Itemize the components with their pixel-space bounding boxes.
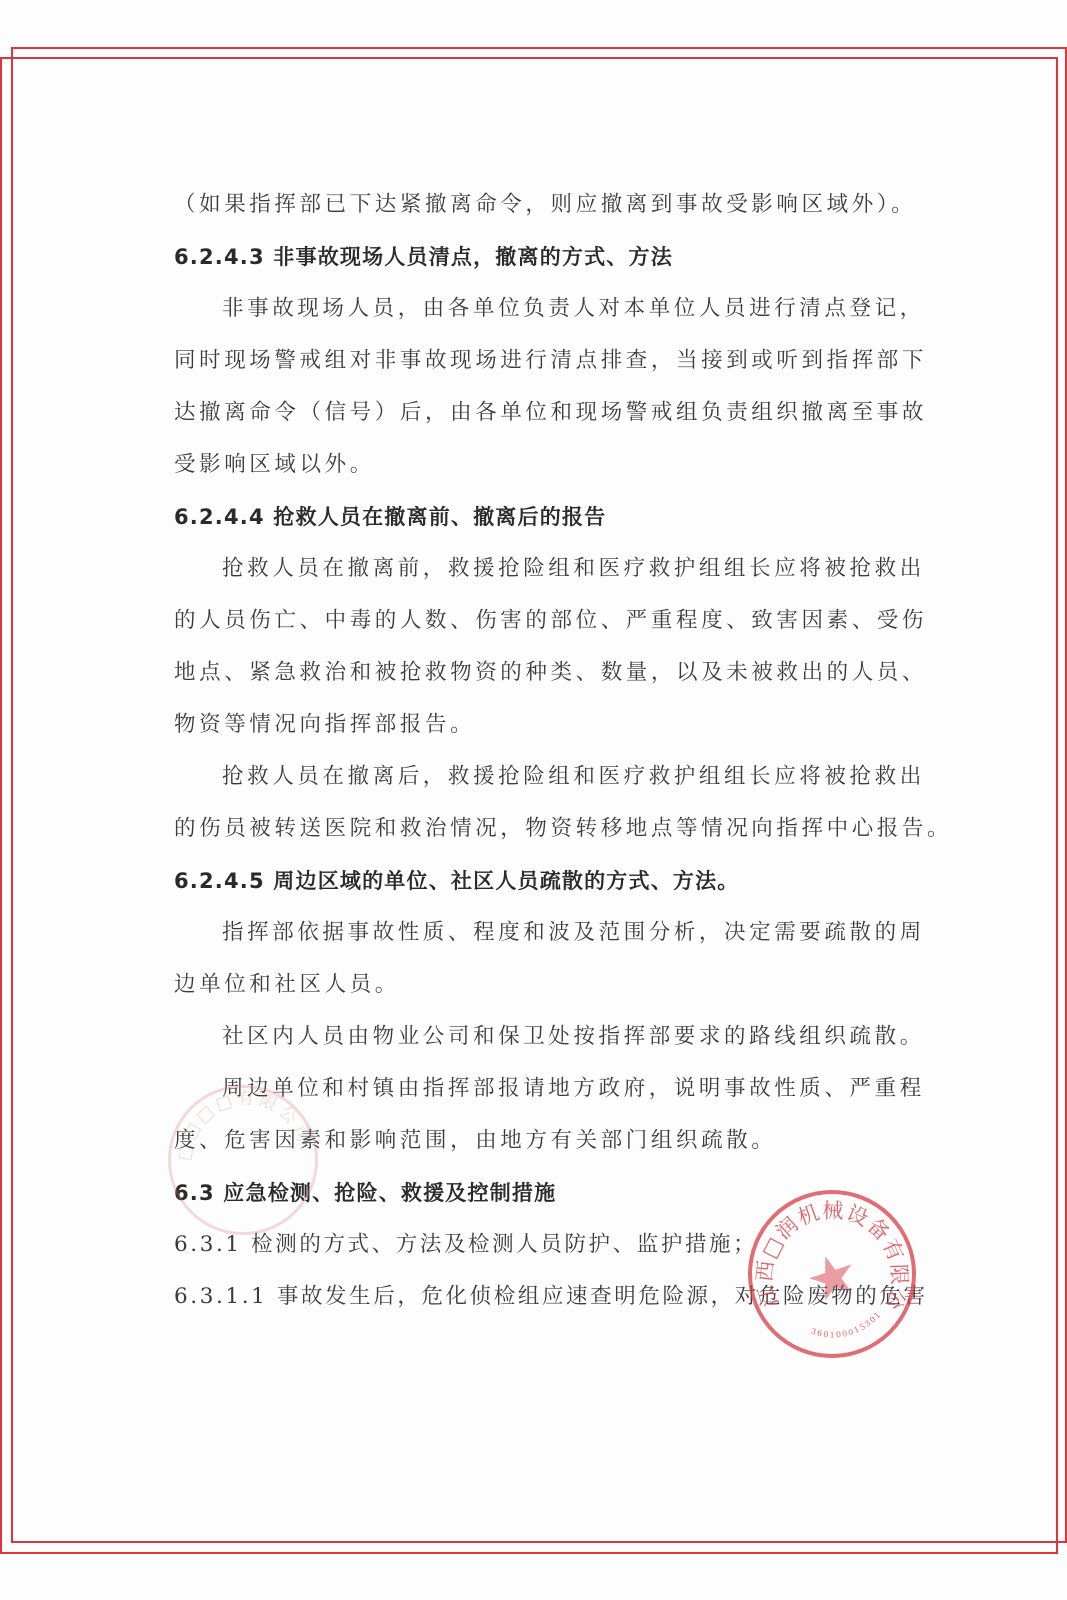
document-page: （如果指挥部已下达紧撤离命令，则应撤离到事故受影响区域外）。 6.2.4.3 非…: [0, 0, 1067, 1600]
paragraph-line: 物资等情况向指挥部报告。: [174, 705, 889, 757]
section-heading-6-2-4-4: 6.2.4.4 抢救人员在撤离前、撤离后的报告: [174, 497, 889, 549]
paragraph-line: 受影响区域以外。: [174, 445, 889, 497]
paragraph-line: 达撤离命令（信号）后，由各单位和现场警戒组负责组织撤离至事故: [174, 393, 889, 445]
paragraph-line: 度、危害因素和影响范围，由地方有关部门组织疏散。: [174, 1121, 889, 1173]
paragraph-line: （如果指挥部已下达紧撤离命令，则应撤离到事故受影响区域外）。: [174, 185, 889, 237]
paragraph-line: 地点、紧急救治和被抢救物资的种类、数量，以及未被救出的人员、: [174, 653, 889, 705]
paragraph-line: 指挥部依据事故性质、程度和波及范围分析，决定需要疏散的周: [174, 913, 889, 965]
paragraph-line: 的伤员被转送医院和救治情况，物资转移地点等情况向指挥中心报告。: [174, 809, 889, 861]
section-heading-6-2-4-3: 6.2.4.3 非事故现场人员清点，撤离的方式、方法: [174, 237, 889, 289]
paragraph-line: 的人员伤亡、中毒的人数、伤害的部位、严重程度、致害因素、受伤: [174, 601, 889, 653]
paragraph-line: 社区内人员由物业公司和保卫处按指挥部要求的路线组织疏散。: [174, 1017, 889, 1069]
document-body: （如果指挥部已下达紧撤离命令，则应撤离到事故受影响区域外）。 6.2.4.3 非…: [174, 185, 889, 1329]
section-heading-6-3: 6.3 应急检测、抢险、救援及控制措施: [174, 1173, 889, 1225]
section-heading-6-2-4-5: 6.2.4.5 周边区域的单位、社区人员疏散的方式、方法。: [174, 861, 889, 913]
paragraph-line: 抢救人员在撤离后，救援抢险组和医疗救护组组长应将被抢救出: [174, 757, 889, 809]
paragraph-line: 边单位和社区人员。: [174, 965, 889, 1017]
subsection-6-3-1-1: 6.3.1.1 事故发生后，危化侦检组应速查明危险源，对危险废物的危害: [174, 1277, 889, 1329]
paragraph-line: 非事故现场人员，由各单位负责人对本单位人员进行清点登记，: [174, 289, 889, 341]
paragraph-line: 抢救人员在撤离前，救援抢险组和医疗救护组组长应将被抢救出: [174, 549, 889, 601]
paragraph-line: 周边单位和村镇由指挥部报请地方政府，说明事故性质、严重程: [174, 1069, 889, 1121]
paragraph-line: 同时现场警戒组对非事故现场进行清点排查，当接到或听到指挥部下: [174, 341, 889, 393]
subsection-6-3-1: 6.3.1 检测的方式、方法及检测人员防护、监护措施；: [174, 1225, 889, 1277]
